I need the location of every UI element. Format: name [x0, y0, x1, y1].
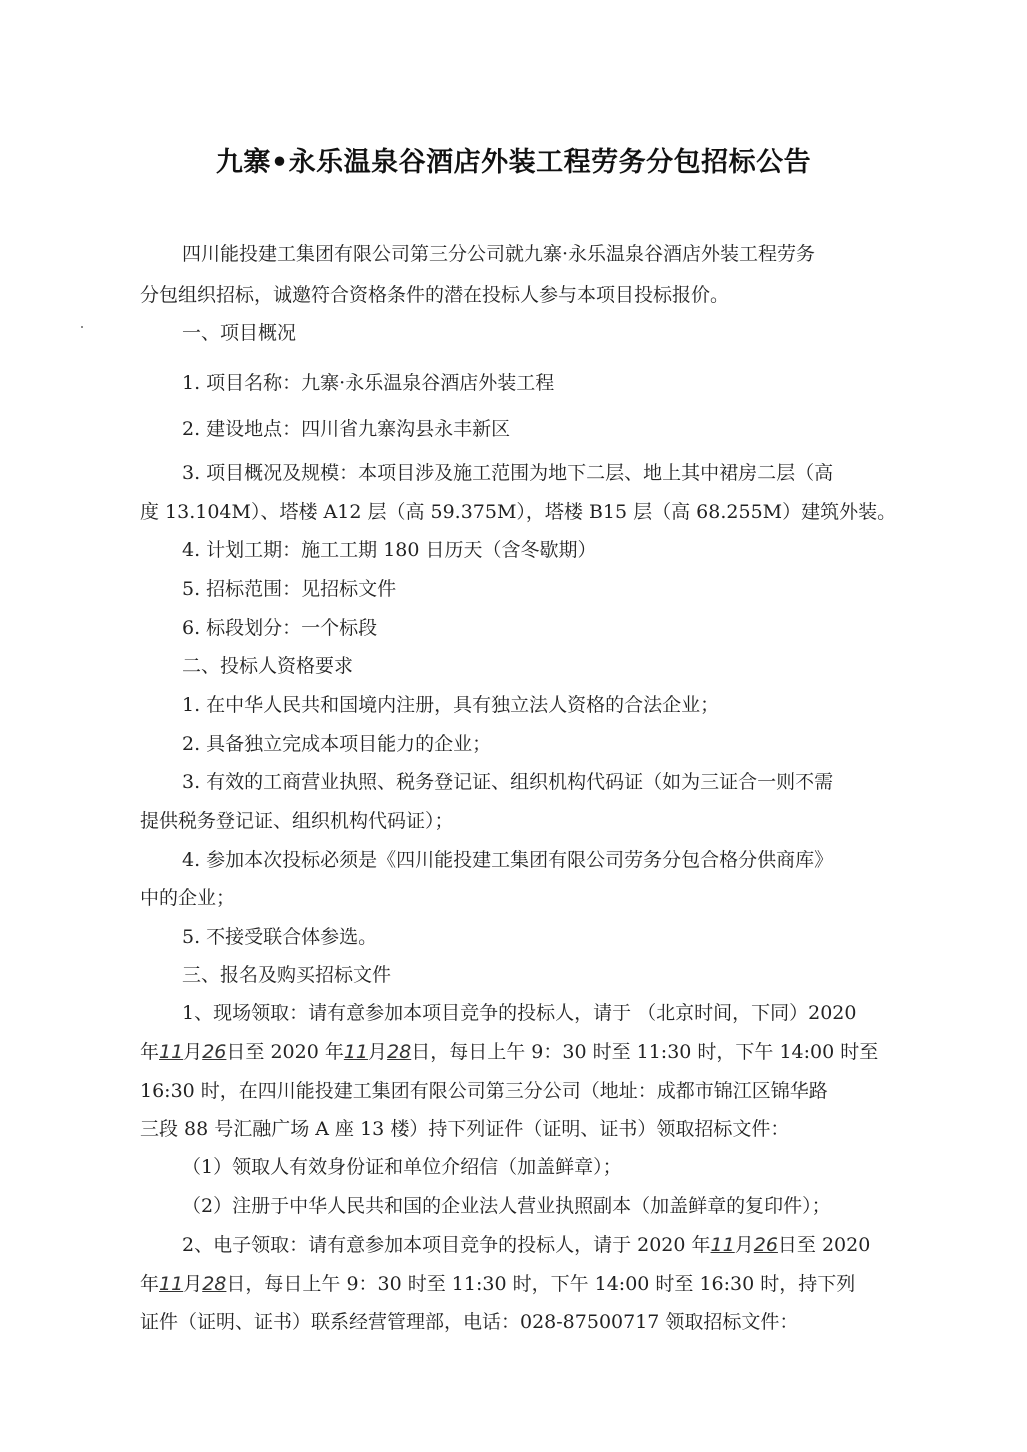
scan-speck [81, 326, 83, 328]
bid-scope: 5. 招标范围：见招标文件 [182, 580, 396, 599]
text: 日至 2020 年 [226, 1041, 343, 1063]
qualification-4-line-2: 中的企业； [140, 889, 235, 908]
qualification-3-line-2: 提供税务登记证、组织机构代码证）； [140, 812, 454, 831]
text: 日，每日上午 9：30 时至 11:30 时，下午 14:00 时至 [411, 1041, 878, 1063]
electronic-line-1: 2、电子领取：请有意参加本项目竞争的投标人，请于 2020 年11月26日至 2… [182, 1236, 870, 1255]
section-2-heading: 二、投标人资格要求 [182, 657, 353, 676]
text: 日至 2020 [778, 1234, 870, 1256]
text: 年 [140, 1273, 159, 1295]
text: 月 [183, 1041, 202, 1063]
electronic-line-2: 年11月28日，每日上午 9：30 时至 11:30 时，下午 14:00 时至… [140, 1275, 855, 1294]
text: 月 [183, 1273, 202, 1295]
electronic-line-3: 证件（证明、证书）联系经营管理部，电话：028-87500717 领取招标文件： [140, 1313, 798, 1332]
text: 日，每日上午 9：30 时至 11:30 时，下午 14:00 时至 16:30… [226, 1273, 855, 1295]
onsite-requirement-1: （1）领取人有效身份证和单位介绍信（加盖鲜章）； [182, 1158, 622, 1177]
project-scope-line-2: 度 13.104M）、塔楼 A12 层（高 59.375M），塔楼 B15 层（… [140, 503, 896, 522]
onsite-line-3: 16:30 时，在四川能投建工集团有限公司第三分公司（地址：成都市锦江区锦华路 [140, 1082, 828, 1101]
bid-sections: 6. 标段划分：一个标段 [182, 619, 377, 638]
project-scope-line-1: 3. 项目概况及规模：本项目涉及施工范围为地下二层、地上其中裙房二层（高 [182, 464, 833, 483]
text: 2、电子领取：请有意参加本项目竞争的投标人，请于 2020 年 [182, 1234, 711, 1256]
text: 月 [368, 1041, 387, 1063]
qualification-3-line-1: 3. 有效的工商营业执照、税务登记证、组织机构代码证（如为三证合一则不需 [182, 773, 833, 792]
text: 月 [735, 1234, 754, 1256]
handwritten-month: 11 [344, 1041, 368, 1063]
project-location: 2. 建设地点：四川省九寨沟县永丰新区 [182, 420, 510, 439]
document-title: 九寨•永乐温泉谷酒店外装工程劳务分包招标公告 [0, 140, 1027, 179]
handwritten-day: 26 [202, 1041, 226, 1063]
qualification-2: 2. 具备独立完成本项目能力的企业； [182, 735, 491, 754]
onsite-requirement-2: （2）注册于中华人民共和国的企业法人营业执照副本（加盖鲜章的复印件）； [182, 1197, 831, 1216]
project-duration: 4. 计划工期：施工工期 180 日历天（含冬歇期） [182, 541, 597, 560]
handwritten-month: 11 [159, 1273, 183, 1295]
section-1-heading: 一、项目概况 [182, 324, 296, 343]
onsite-line-1: 1、现场领取：请有意参加本项目竞争的投标人，请于 （北京时间，下同）2020 [182, 1004, 856, 1023]
handwritten-month: 11 [159, 1041, 183, 1063]
qualification-1: 1. 在中华人民共和国境内注册，具有独立法人资格的合法企业； [182, 696, 719, 715]
onsite-line-4: 三段 88 号汇融广场 A 座 13 楼）持下列证件（证明、证书）领取招标文件： [140, 1120, 789, 1139]
qualification-5: 5. 不接受联合体参选。 [182, 928, 377, 947]
qualification-4-line-1: 4. 参加本次投标必须是《四川能投建工集团有限公司劳务分包合格分供商库》 [182, 851, 833, 870]
project-name: 1. 项目名称：九寨·永乐温泉谷酒店外装工程 [182, 374, 554, 393]
intro-line-1: 四川能投建工集团有限公司第三分公司就九寨·永乐温泉谷酒店外装工程劳务 [182, 245, 815, 264]
handwritten-day: 26 [754, 1234, 778, 1256]
section-3-heading: 三、报名及购买招标文件 [182, 966, 391, 985]
intro-line-2: 分包组织招标，诚邀符合资格条件的潜在投标人参与本项目投标报价。 [140, 286, 729, 305]
handwritten-day: 28 [387, 1041, 411, 1063]
handwritten-month: 11 [711, 1234, 735, 1256]
handwritten-day: 28 [202, 1273, 226, 1295]
onsite-line-2: 年11月26日至 2020 年11月28日，每日上午 9：30 时至 11:30… [140, 1043, 878, 1062]
text: 年 [140, 1041, 159, 1063]
